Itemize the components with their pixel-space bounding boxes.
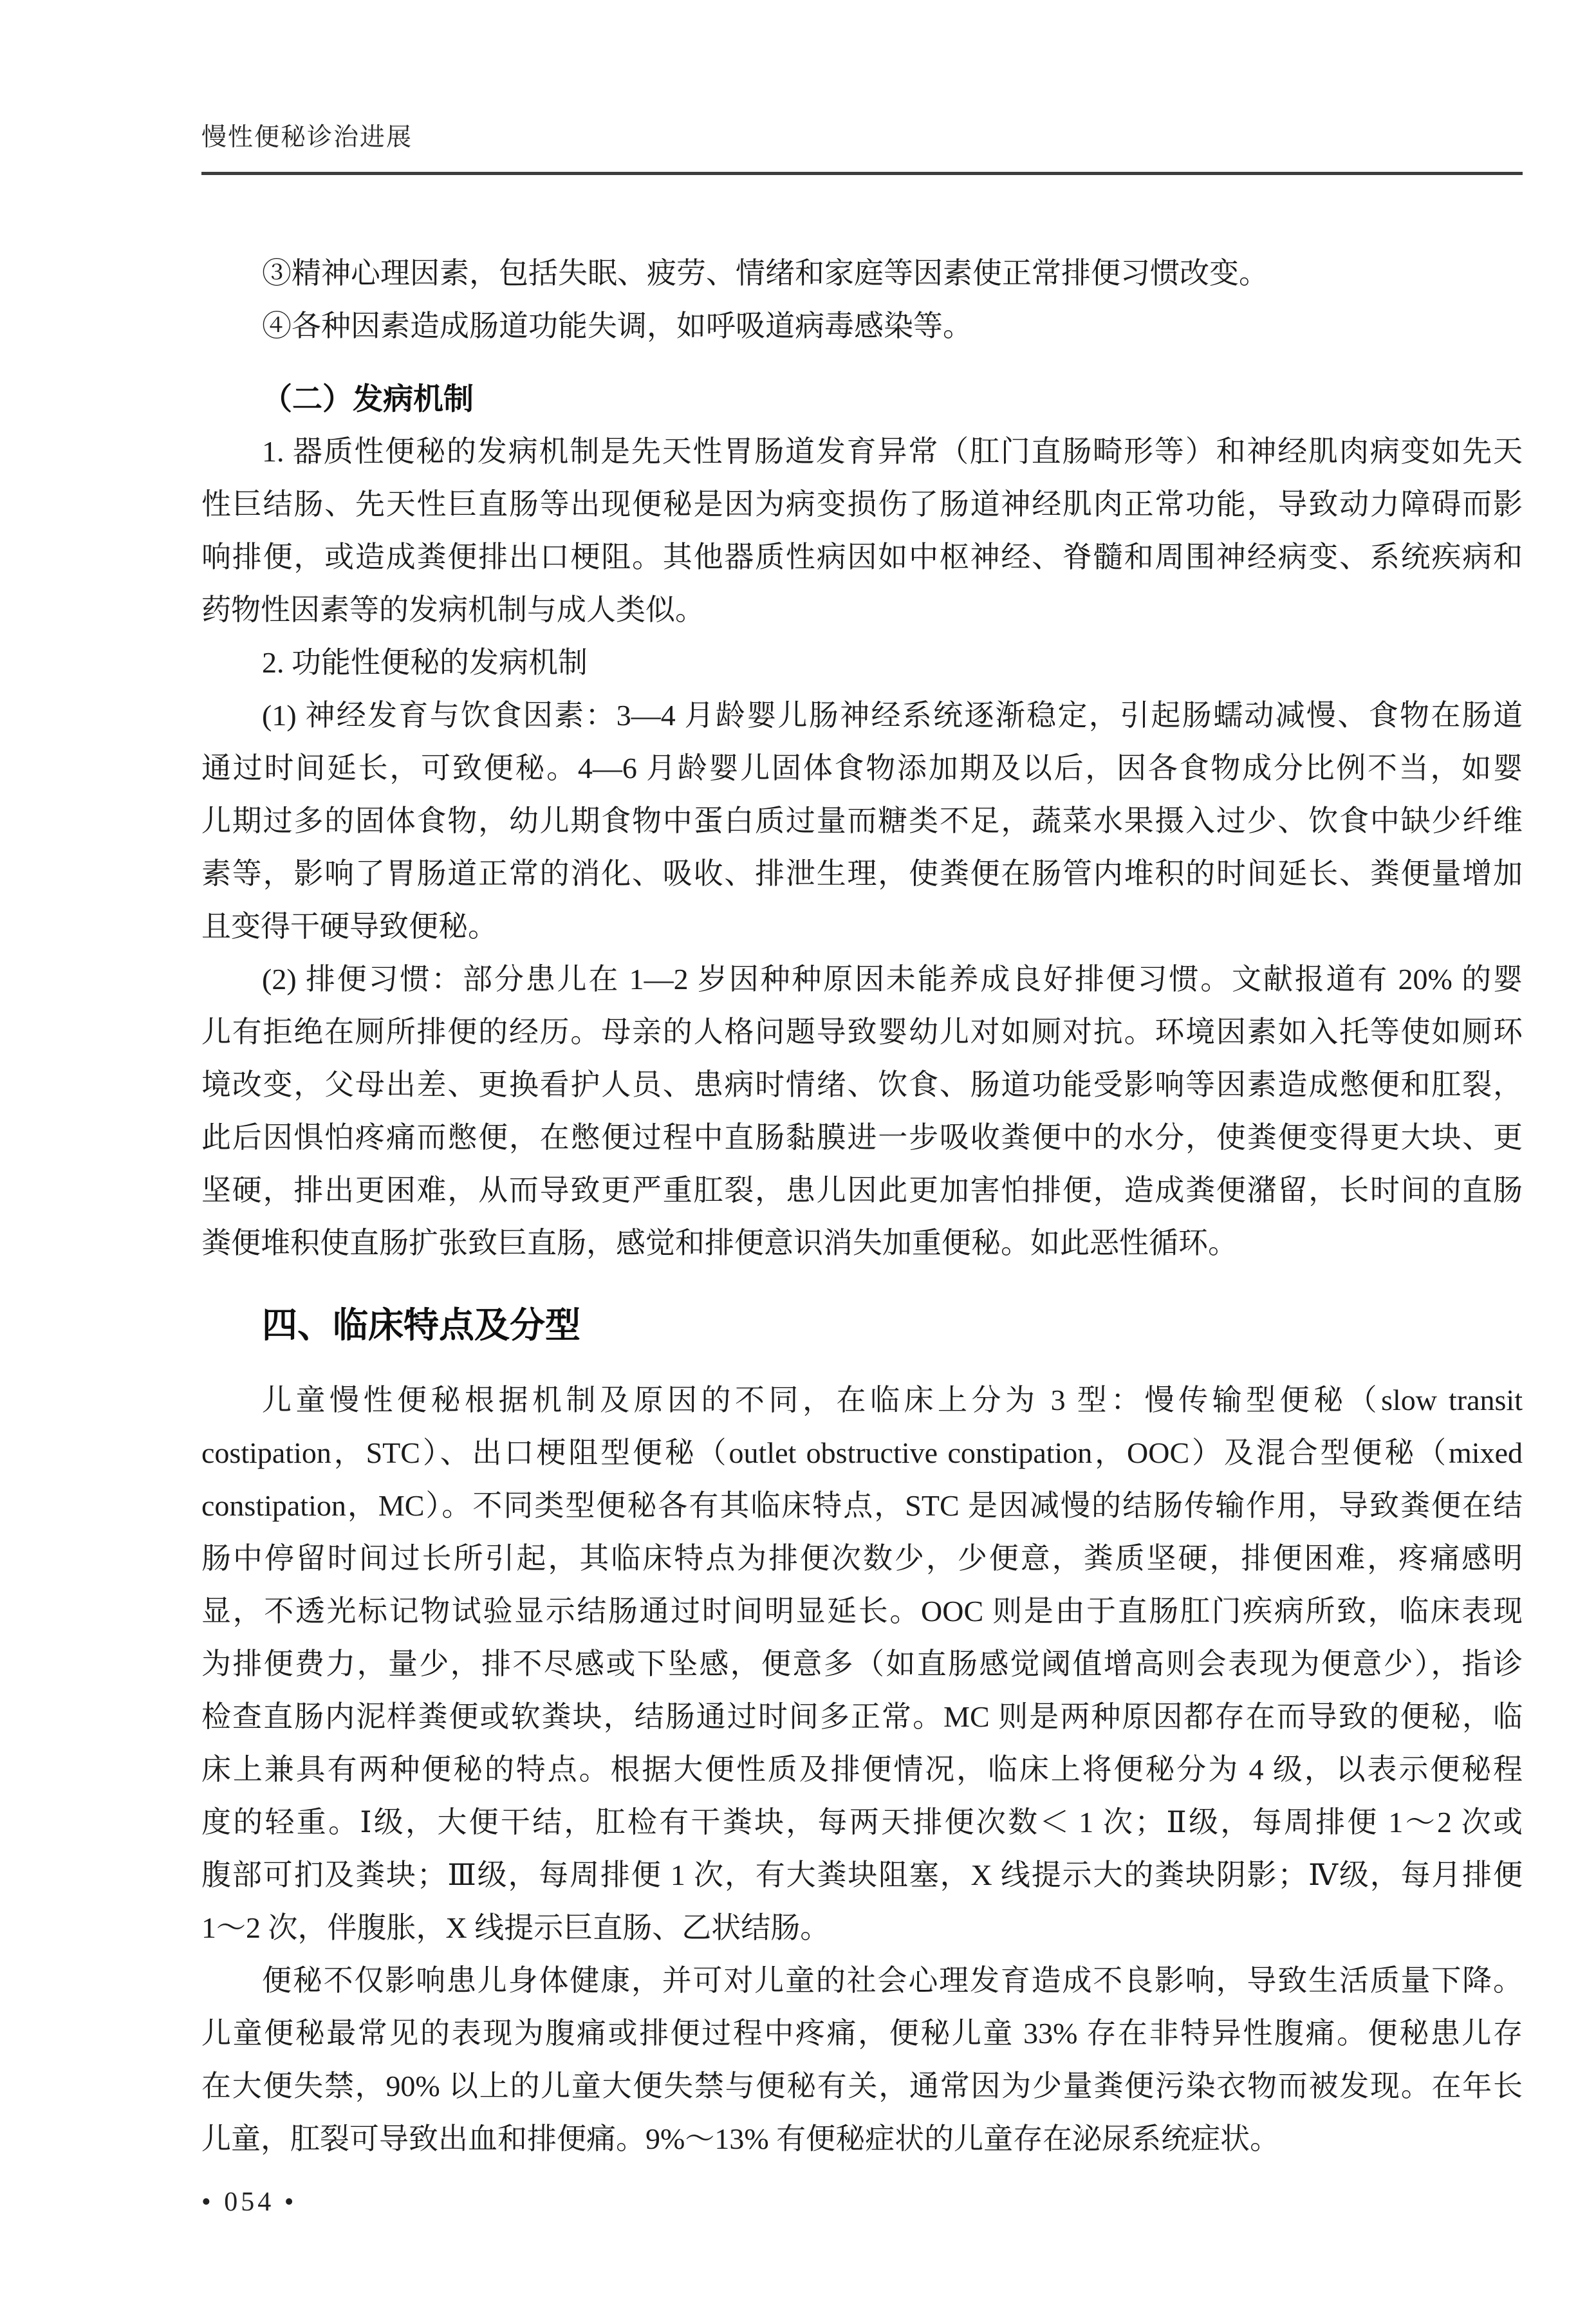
text-line: 便秘不仅影响患儿身体健康，并可对儿童的社会心理发育造成不良影响，导致生活质量下降… [201,1954,1523,2007]
text-line: 在大便失禁，90% 以上的儿童大便失禁与便秘有关，通常因为少量粪便污染衣物而被发… [201,2060,1523,2113]
running-header: 慢性便秘诊治进展 [201,117,413,153]
page-body: ③精神心理因素，包括失眠、疲劳、情绪和家庭等因素使正常排便习惯改变。④各种因素造… [201,247,1523,2165]
text-line: 显，不透光标记物试验显示结肠通过时间明显延长。OOC 则是由于直肠肛门疾病所致，… [201,1585,1523,1638]
text-line: 1～2 次，伴腹胀，X 线提示巨直肠、乙状结肠。 [201,1902,1523,1954]
text-line: 2. 功能性便秘的发病机制 [201,636,1523,689]
text-line: constipation，MC）。不同类型便秘各有其临床特点，STC 是因减慢的… [201,1479,1523,1532]
text-line: 儿童慢性便秘根据机制及原因的不同，在临床上分为 3 型：慢传输型便秘（slow … [201,1374,1523,1427]
text-line: 此后因惧怕疼痛而憋便，在憋便过程中直肠黏膜进一步吸收粪便中的水分，使粪便变得更大… [201,1111,1523,1164]
text-line: 1. 器质性便秘的发病机制是先天性胃肠道发育异常（肛门直肠畸形等）和神经肌肉病变… [201,425,1523,478]
text-line: (2) 排便习惯：部分患儿在 1—2 岁因种种原因未能养成良好排便习惯。文献报道… [201,953,1523,1006]
text-line: (1) 神经发育与饮食因素：3—4 月龄婴儿肠神经系统逐渐稳定，引起肠蠕动减慢、… [201,689,1523,742]
text-line: 检查直肠内泥样粪便或软粪块，结肠通过时间多正常。MC 则是两种原因都存在而导致的… [201,1691,1523,1743]
text-line: 素等，影响了胃肠道正常的消化、吸收、排泄生理，使粪便在肠管内堆积的时间延长、粪便… [201,848,1523,900]
text-line: 度的轻重。Ⅰ级，大便干结，肛检有干粪块，每两天排便次数＜ 1 次；Ⅱ级，每周排便… [201,1796,1523,1849]
book-page: 慢性便秘诊治进展 ③精神心理因素，包括失眠、疲劳、情绪和家庭等因素使正常排便习惯… [0,0,1596,2309]
text-line: 坚硬，排出更困难，从而导致更严重肛裂，患儿因此更加害怕排便，造成粪便潴留，长时间… [201,1164,1523,1217]
text-line: 儿童便秘最常见的表现为腹痛或排便过程中疼痛，便秘儿童 33% 存在非特异性腹痛。… [201,2007,1523,2060]
text-line: 腹部可扪及粪块；Ⅲ级，每周排便 1 次，有大粪块阻塞，X 线提示大的粪块阴影；Ⅳ… [201,1849,1523,1902]
text-line: 儿有拒绝在厕所排便的经历。母亲的人格问题导致婴幼儿对如厕对抗。环境因素如入托等使… [201,1006,1523,1059]
page-number: • 054 • [201,2187,297,2218]
text-line: 儿期过多的固体食物，幼儿期食物中蛋白质过量而糖类不足，蔬菜水果摄入过少、饮食中缺… [201,795,1523,848]
text-line: 为排便费力，量少，排不尽感或下坠感，便意多（如直肠感觉阈值增高则会表现为便意少）… [201,1638,1523,1691]
text-line: 响排便，或造成粪便排出口梗阻。其他器质性病因如中枢神经、脊髓和周围神经病变、系统… [201,531,1523,584]
section-heading: 四、临床特点及分型 [201,1295,1523,1355]
text-line: 儿童，肛裂可导致出血和排便痛。9%～13% 有便秘症状的儿童存在泌尿系统症状。 [201,2113,1523,2165]
header-rule-divider [201,172,1523,175]
text-line: 药物性因素等的发病机制与成人类似。 [201,584,1523,636]
subsection-heading: （二）发病机制 [201,373,1523,425]
text-line: 境改变，父母出差、更换看护人员、患病时情绪、饮食、肠道功能受影响等因素造成憋便和… [201,1059,1523,1111]
text-line: ④各种因素造成肠道功能失调，如呼吸道病毒感染等。 [201,300,1523,353]
text-line: 肠中停留时间过长所引起，其临床特点为排便次数少，少便意，粪质坚硬，排便困难，疼痛… [201,1532,1523,1585]
text-line: 且变得干硬导致便秘。 [201,900,1523,953]
text-line: 通过时间延长，可致便秘。4—6 月龄婴儿固体食物添加期及以后，因各食物成分比例不… [201,742,1523,795]
text-line: 床上兼具有两种便秘的特点。根据大便性质及排便情况，临床上将便秘分为 4 级，以表… [201,1743,1523,1796]
text-line: 性巨结肠、先天性巨直肠等出现便秘是因为病变损伤了肠道神经肌肉正常功能，导致动力障… [201,478,1523,531]
text-line: costipation，STC）、出口梗阻型便秘（outlet obstruct… [201,1427,1523,1479]
text-line: ③精神心理因素，包括失眠、疲劳、情绪和家庭等因素使正常排便习惯改变。 [201,247,1523,300]
text-line: 粪便堆积使直肠扩张致巨直肠，感觉和排便意识消失加重便秘。如此恶性循环。 [201,1217,1523,1270]
